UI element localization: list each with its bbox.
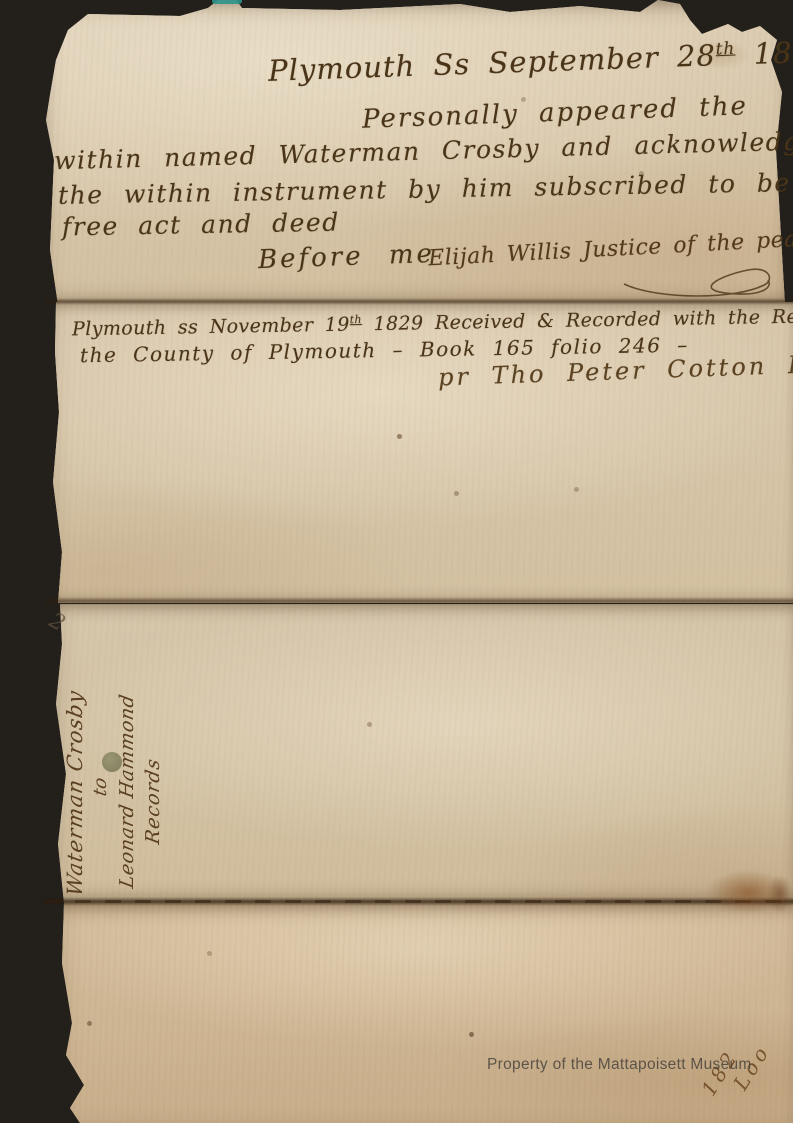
signature-flourish-icon [618,254,778,304]
docket-party-to: Leonard Hammond [114,662,140,891]
place-date-superscript: th [715,38,735,59]
place-date-year: 1829 [735,34,793,71]
docket-connector: to [88,662,114,799]
recording-superscript: th [350,313,363,326]
acknowledgment-line-4: free act and deed [62,208,340,242]
brown-stain-right-edge [768,876,792,912]
museum-watermark: Property of the Mattapoisett Museum [487,1056,752,1074]
docket-party-from: Waterman Crosby [62,662,88,899]
before-me-text: Before me [258,239,436,275]
docket-label: Records [140,662,166,847]
docket-vertical-text: Waterman Crosby to Leonard Hammond Recor… [62,664,170,902]
foxing-specks [0,0,3,3]
scanned-document-page: Plymouth Ss September 28th 1829 Personal… [0,0,793,1123]
teal-scanner-artifact [212,0,242,4]
paper-panel-bottom [50,903,793,1123]
